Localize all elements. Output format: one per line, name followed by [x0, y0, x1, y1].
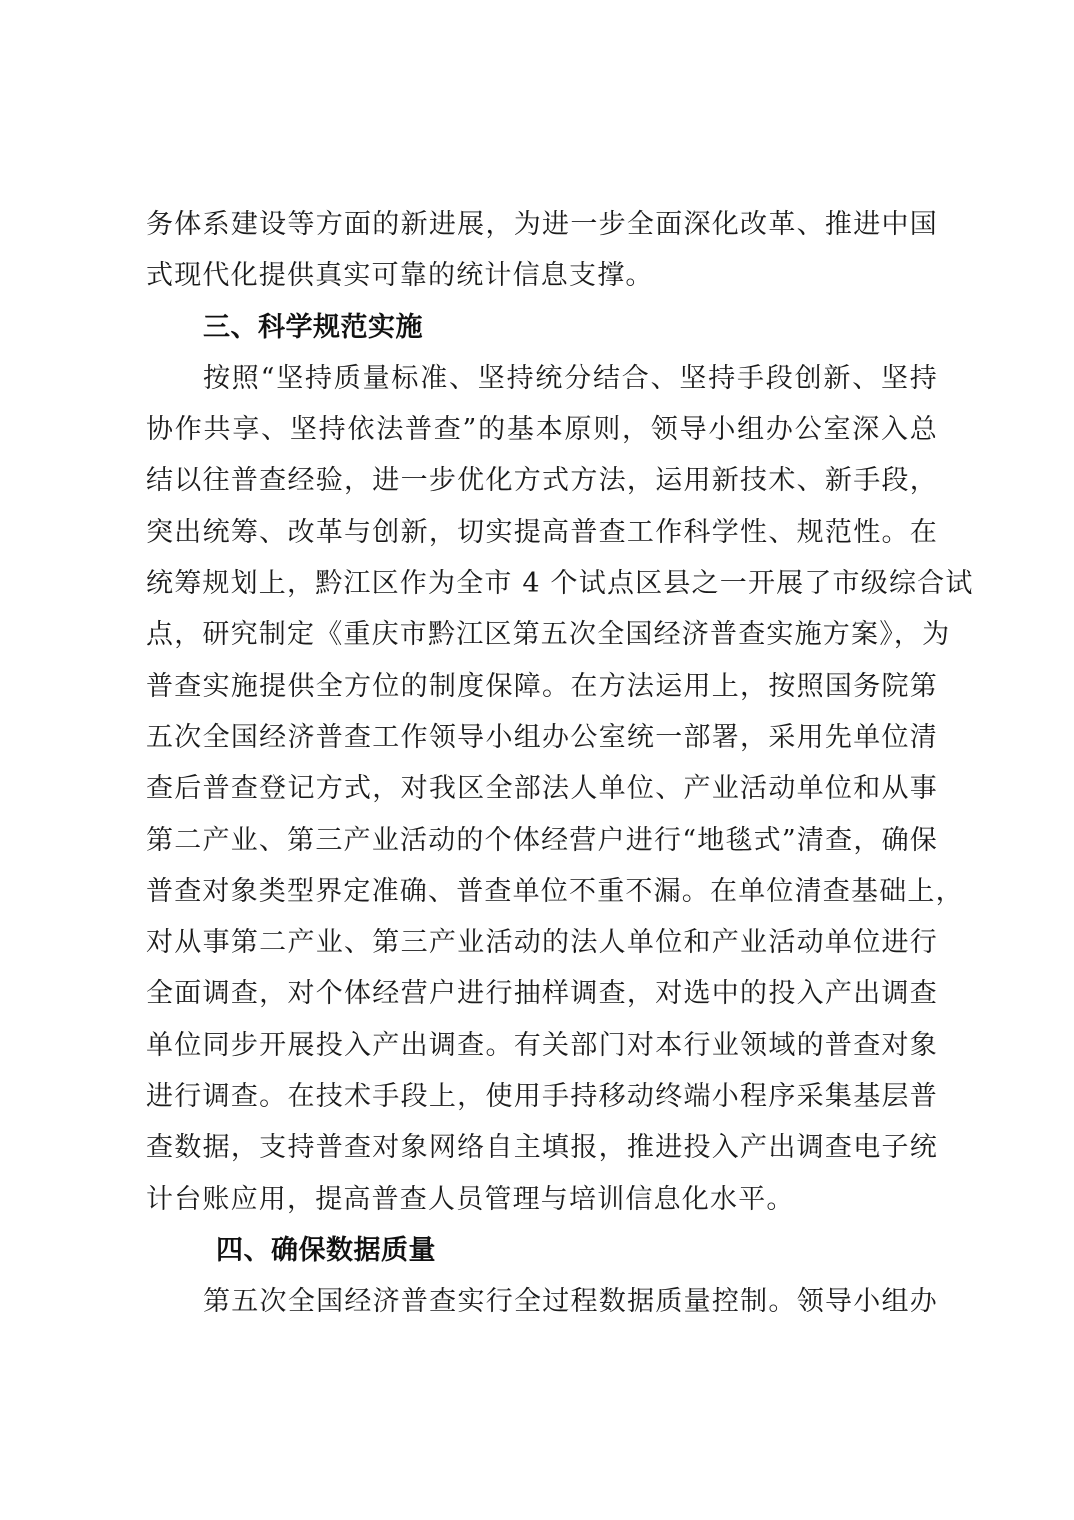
paragraph-line: 式现代化提供真实可靠的统计信息支撑。	[146, 250, 946, 301]
section-heading: 三、科学规范实施	[146, 302, 946, 353]
paragraph-line: 查数据，支持普查对象网络自主填报，推进投入产出调查电子统	[146, 1122, 938, 1173]
section-4: 四、确保数据质量 第五次全国经济普查实行全过程数据质量控制。领导小组办	[146, 1225, 946, 1328]
paragraph-line: 对从事第二产业、第三产业活动的法人单位和产业活动单位进行	[146, 917, 938, 968]
paragraph-line: 务体系建设等方面的新进展，为进一步全面深化改革、推进中国	[146, 199, 938, 250]
paragraph-line: 协作共享、坚持依法普查”的基本原则，领导小组办公室深入总	[146, 404, 938, 455]
section-heading: 四、确保数据质量	[146, 1225, 946, 1276]
paragraph-line: 点，研究制定《重庆市黔江区第五次全国经济普查实施方案》，为	[146, 609, 938, 660]
paragraph-line: 结以往普查经验，进一步优化方式方法，运用新技术、新手段，	[146, 455, 938, 506]
document-page: 务体系建设等方面的新进展，为进一步全面深化改革、推进中国 式现代化提供真实可靠的…	[146, 199, 946, 1328]
paragraph-line: 统筹规划上，黔江区作为全市 4 个试点区县之一开展了市级综合试	[146, 558, 938, 609]
paragraph-line: 第五次全国经济普查实行全过程数据质量控制。领导小组办	[146, 1276, 938, 1327]
paragraph-line: 第二产业、第三产业活动的个体经营户进行“地毯式”清查，确保	[146, 815, 938, 866]
paragraph-line: 按照“坚持质量标准、坚持统分结合、坚持手段创新、坚持	[146, 353, 938, 404]
section-3-paragraph: 按照“坚持质量标准、坚持统分结合、坚持手段创新、坚持 协作共享、坚持依法普查”的…	[146, 353, 946, 1225]
section-3: 三、科学规范实施 按照“坚持质量标准、坚持统分结合、坚持手段创新、坚持 协作共享…	[146, 302, 946, 1225]
paragraph-line: 五次全国经济普查工作领导小组办公室统一部署，采用先单位清	[146, 712, 938, 763]
paragraph-line: 计台账应用，提高普查人员管理与培训信息化水平。	[146, 1174, 946, 1225]
paragraph-line: 普查对象类型界定准确、普查单位不重不漏。在单位清查基础上，	[146, 866, 938, 917]
paragraph-line: 突出统筹、改革与创新，切实提高普查工作科学性、规范性。在	[146, 507, 938, 558]
paragraph-line: 全面调查，对个体经营户进行抽样调查，对选中的投入产出调查	[146, 968, 938, 1019]
paragraph-line: 进行调查。在技术手段上，使用手持移动终端小程序采集基层普	[146, 1071, 938, 1122]
paragraph-line: 单位同步开展投入产出调查。有关部门对本行业领域的普查对象	[146, 1020, 938, 1071]
paragraph-line: 普查实施提供全方位的制度保障。在方法运用上，按照国务院第	[146, 661, 938, 712]
intro-paragraph: 务体系建设等方面的新进展，为进一步全面深化改革、推进中国 式现代化提供真实可靠的…	[146, 199, 946, 302]
paragraph-line: 查后普查登记方式，对我区全部法人单位、产业活动单位和从事	[146, 763, 938, 814]
section-4-paragraph: 第五次全国经济普查实行全过程数据质量控制。领导小组办	[146, 1276, 946, 1327]
